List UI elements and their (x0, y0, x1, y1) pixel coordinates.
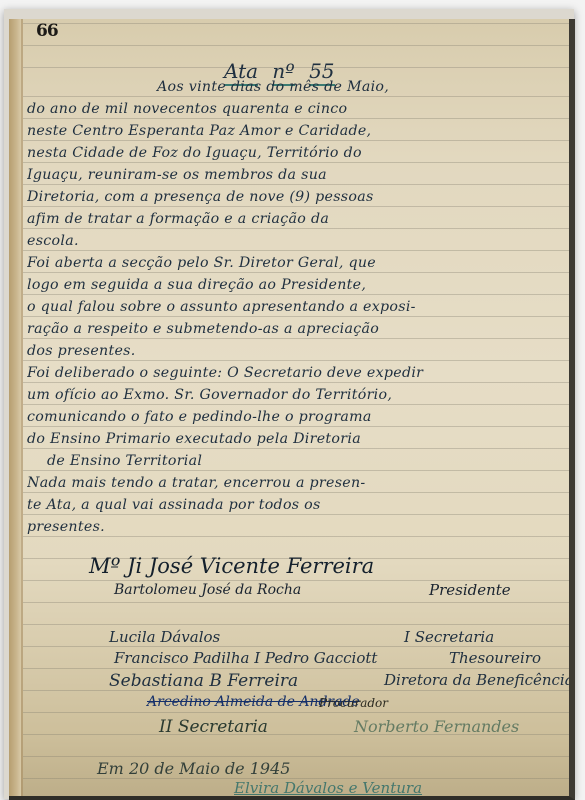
body-line: Nada mais tendo a tratar, encerrou a pre… (27, 472, 567, 494)
body-line: Aos vinte dias do mês de Maio, (27, 76, 567, 98)
closing-date: Em 20 de Maio de 1945 (97, 759, 290, 778)
role-president: Presidente (429, 581, 511, 599)
body-line: ração a respeito e submetendo-as a aprec… (27, 318, 567, 340)
ledger-page: 66 Ata nº 55 Aos vinte dias do mês de Ma… (9, 19, 575, 800)
body-line: logo em seguida a sua direção ao Preside… (27, 274, 567, 296)
body-line: Diretoria, com a presença de nove (9) pe… (27, 186, 567, 208)
signature-4b: Pedro Gacciott (265, 649, 377, 667)
body-line: o qual falou sobre o assunto apresentand… (27, 296, 567, 318)
role-beneficence-director: Diretora da Beneficência (384, 671, 574, 689)
body-line: de Ensino Territorial (27, 450, 567, 472)
body-line: escola. (27, 230, 567, 252)
document-frame: 66 Ata nº 55 Aos vinte dias do mês de Ma… (4, 9, 574, 799)
body-line: Foi deliberado o seguinte: O Secretario … (27, 362, 567, 384)
body-line: neste Centro Esperanta Paz Amor e Carida… (27, 120, 567, 142)
body-line: do Ensino Primario executado pela Direto… (27, 428, 567, 450)
body-line: nesta Cidade de Foz do Iguaçu, Territóri… (27, 142, 567, 164)
signature-7: Norberto Fernandes (354, 717, 519, 736)
minutes-body: Aos vinte dias do mês de Maio, do ano de… (27, 76, 567, 538)
signature-1: Mº Ji José Vicente Ferreira (89, 554, 374, 578)
signature-5: Sebastiana B Ferreira (109, 671, 298, 691)
role-first-secretary: I Secretaria (404, 628, 494, 646)
body-line: Iguaçu, reuniram-se os membros da sua (27, 164, 567, 186)
signature-4a: Francisco Padilha I (114, 649, 260, 667)
role-treasurer: Thesoureiro (449, 649, 541, 667)
signature-3: Lucila Dávalos (109, 628, 220, 646)
role-second-secretary: II Secretaria (159, 717, 268, 737)
body-line: um ofício ao Exmo. Sr. Governador do Ter… (27, 384, 567, 406)
signature-8: Elvira Dávalos e Ventura (234, 779, 422, 797)
body-line: afim de tratar a formação e a criação da (27, 208, 567, 230)
body-line: dos presentes. (27, 340, 567, 362)
role-procurator: Procurador (319, 696, 388, 710)
page-number: 66 (36, 21, 58, 41)
signature-2: Bartolomeu José da Rocha (114, 582, 301, 598)
body-line: do ano de mil novecentos quarenta e cinc… (27, 98, 567, 120)
body-line: Foi aberta a secção pelo Sr. Diretor Ger… (27, 252, 567, 274)
body-line: presentes. (27, 516, 567, 538)
body-line: comunicando o fato e pedindo-lhe o progr… (27, 406, 567, 428)
signature-4: Francisco Padilha I Pedro Gacciott (114, 649, 377, 667)
body-line: te Ata, a qual vai assinada por todos os (27, 494, 567, 516)
